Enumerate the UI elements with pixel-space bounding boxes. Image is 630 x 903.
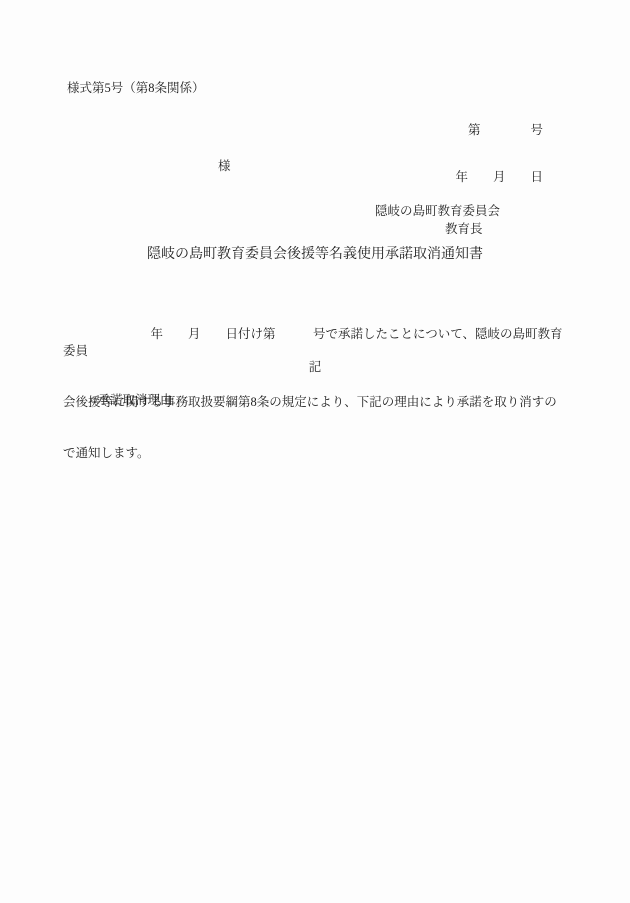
cancellation-reason-heading: ○承諾取消理由 bbox=[90, 390, 173, 408]
sender-title: 教育長 bbox=[445, 219, 483, 237]
number-date-block: 第 号 年 月 日 bbox=[455, 92, 543, 216]
body-line-3: で通知します。 bbox=[63, 445, 569, 462]
sender-organization: 隠岐の島町教育委員会 bbox=[375, 201, 500, 219]
document-title: 隠岐の島町教育委員会後援等名義使用承諾取消通知書 bbox=[0, 243, 630, 263]
body-line-1: 年 月 日付け第 号で承諾したことについて、隠岐の島町教育委員 bbox=[63, 326, 569, 360]
document-page: 様式第5号（第8条関係） 第 号 年 月 日 様 隠岐の島町教育委員会 教育長 … bbox=[0, 0, 630, 903]
doc-number-line: 第 号 bbox=[455, 123, 543, 139]
date-line: 年 月 日 bbox=[455, 170, 543, 186]
addressee-suffix: 様 bbox=[218, 156, 231, 174]
ki-section-label: 記 bbox=[0, 357, 630, 375]
form-number: 様式第5号（第8条関係） bbox=[67, 78, 205, 96]
